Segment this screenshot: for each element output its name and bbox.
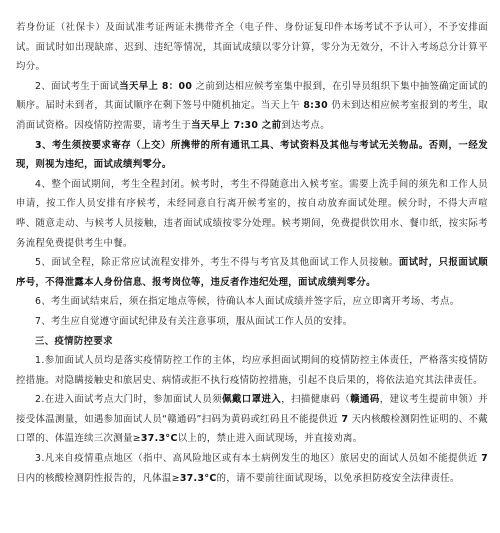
text-segment: 若身份证（社保卡）及面试准考证两证未携带齐全（电子件、身份证复印件本场考试不予认… [16, 22, 488, 72]
paragraph-interview-conduct: 5、面试全程，除正常应试流程安排外，考生不得与考官及其他面试工作人员接触。面试时… [16, 253, 488, 292]
text-segment: 日内的核酸检测阴性报告的，凡体温≥ [16, 473, 180, 484]
text-segment-bold: 佩戴口罩进入 [222, 394, 281, 405]
paragraph-after-interview: 6、考生面试结束后，须在指定地点等候，待确认本人面试成绩并签字后，应立即离开考场… [16, 292, 488, 312]
paragraph-waiting-rules: 4、整个面试期间，考生全程封闭。候考时，考生不得随意出入候考室。需要上洗手间的须… [16, 175, 488, 253]
document-page: 若身份证（社保卡）及面试准考证两证未携带齐全（电子件、身份证复印件本场考试不予认… [0, 0, 500, 488]
paragraph-id-documents-notice: 若身份证（社保卡）及面试准考证两证未携带齐全（电子件、身份证复印件本场考试不予认… [16, 18, 488, 77]
text-segment: 的，请不要前往面试现场，以免承担防疫安全法律责任。 [217, 473, 460, 484]
paragraph-entry-screening: 2.在进入面试考点大门时，参加面试人员须佩戴口罩进入，扫描健康码（赣通码，建议考… [16, 390, 488, 449]
text-segment-bold: 37.3°C [180, 473, 217, 484]
paragraph-epidemic-responsibility: 1.参加面试人员均是落实疫情防控工作的主体，均应承担面试期间的疫情防控主体责任，… [16, 351, 488, 390]
text-segment-bold: 当天早上 7:30 之前 [191, 120, 281, 131]
text-segment: 以上的，禁止进入面试现场，并直接劝离。 [178, 433, 363, 444]
paragraph-discipline: 7、考生应自觉遵守面试纪律及有关注意事项，服从面试工作人员的安排。 [16, 312, 488, 332]
text-segment: 1.参加面试人员均是落实疫情防控工作的主体，均应承担面试期间的疫情防控主体责任，… [16, 355, 488, 386]
section-heading-epidemic-control: 三、疫情防控要求 [16, 332, 488, 352]
text-segment: ，扫描健康码（ [281, 394, 350, 405]
text-segment: 到达考点。 [281, 120, 330, 131]
text-segment: 2、面试考生于面试 [35, 81, 119, 92]
text-segment-bold: 7 [481, 453, 488, 464]
text-segment: 7、考生应自觉遵守面试纪律及有关注意事项，服从面试工作人员的安排。 [35, 316, 353, 327]
text-segment: 5、面试全程，除正常应试流程安排外，考生不得与考官及其他面试工作人员接触。 [35, 257, 399, 268]
text-segment-bold: 赣通码 [350, 394, 380, 405]
paragraph-deposit-items: 3、考生须按要求寄存（上交）所携带的所有通讯工具、考试资料及其他与考试无关物品。… [16, 136, 488, 175]
paragraph-check-in-time: 2、面试考生于面试当天早上 8：00 之前到达相应候考室集中报到，在引导员组织下… [16, 77, 488, 136]
text-segment: 2.在进入面试考点大门时，参加面试人员须 [35, 394, 222, 405]
paragraph-high-risk-areas: 3.凡来自疫情重点地区（指中、高风险地区或有本土病例发生的地区）旅居史的面试人员… [16, 449, 488, 488]
text-segment: 4、整个面试期间，考生全程封闭。候考时，考生不得随意出入候考室。需要上洗手间的须… [16, 179, 488, 249]
text-segment: 3.凡来自疫情重点地区（指中、高风险地区或有本土病例发生的地区）旅居史的面试人员… [35, 453, 481, 464]
text-segment-bold: 37.3°C [141, 433, 178, 444]
text-segment: 6、考生面试结束后，须在指定地点等候，待确认本人面试成绩并签字后，应立即离开考场… [35, 296, 460, 307]
text-segment-bold: 8:30 [303, 100, 328, 111]
heading-text: 三、疫情防控要求 [35, 336, 113, 347]
text-segment-bold: 3、考生须按要求寄存（上交）所携带的所有通讯工具、考试资料及其他与考试无关物品。… [16, 140, 488, 171]
text-segment-bold: 当天早上 8：00 [119, 81, 192, 92]
